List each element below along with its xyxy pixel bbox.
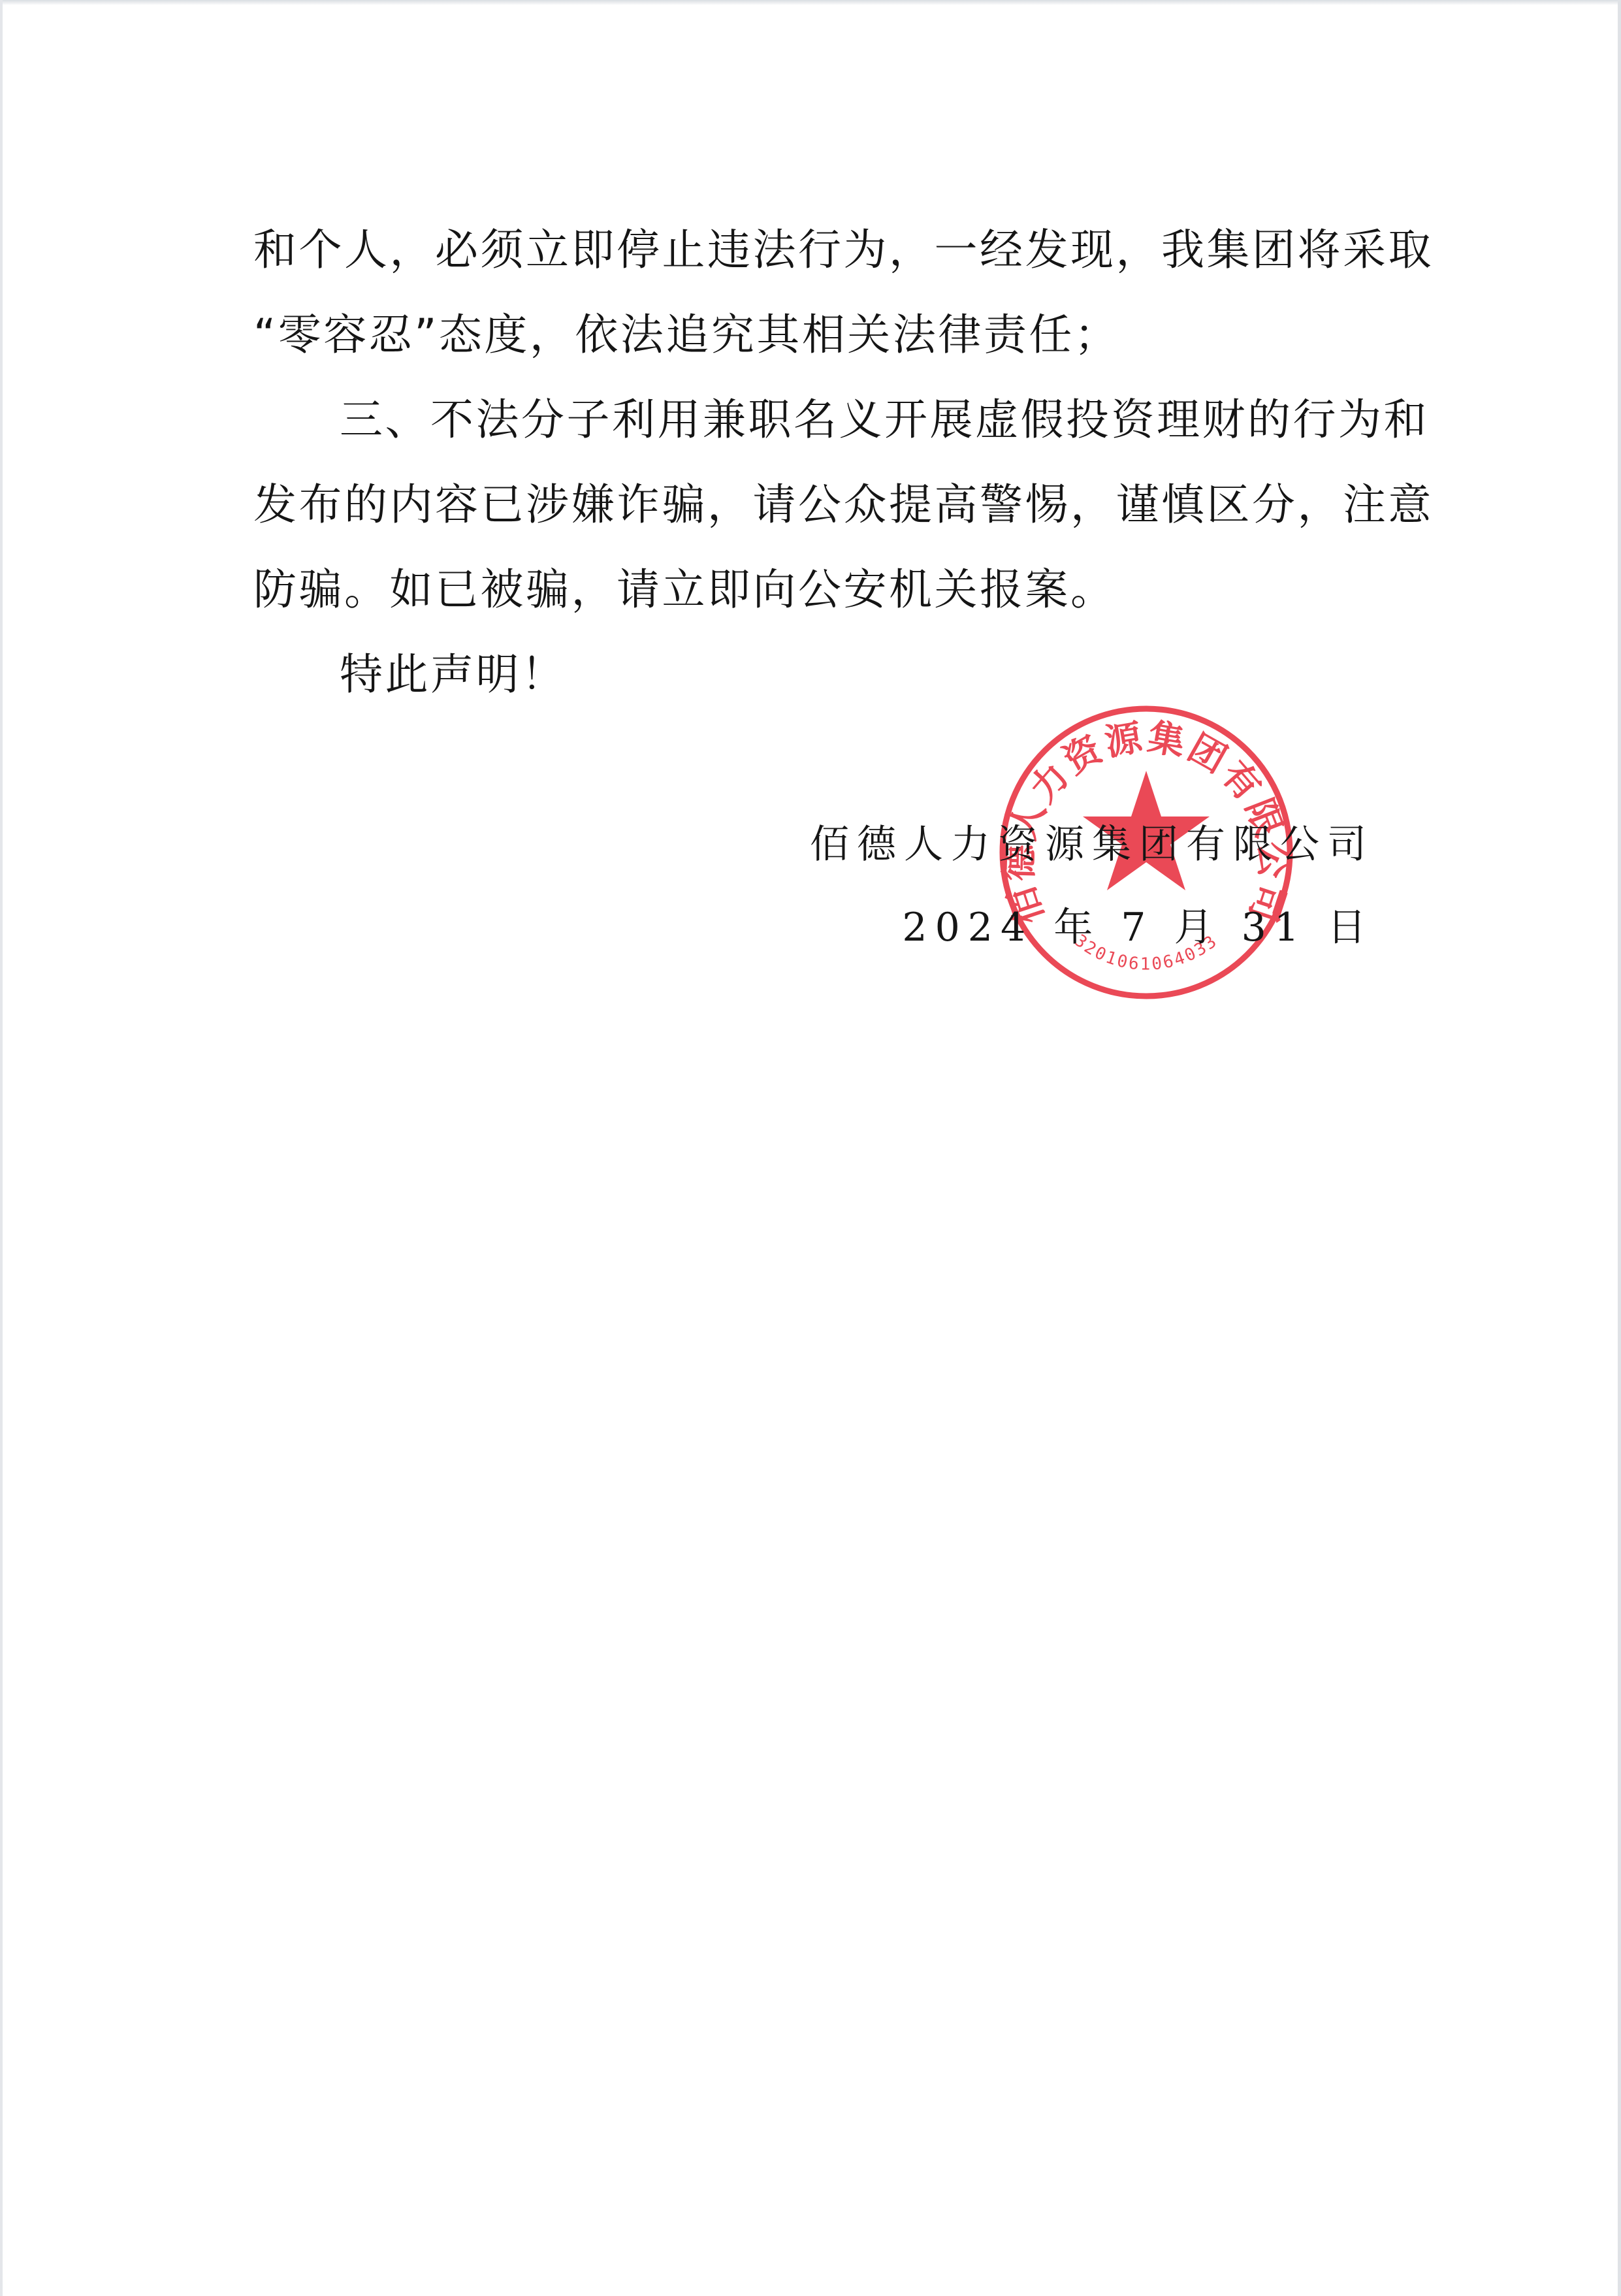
signature-company: 佰德人力资源集团有限公司 <box>810 813 1374 869</box>
scan-edge-left <box>0 0 3 2296</box>
signature-date: 2024 年 7 月 31 日 <box>902 896 1374 952</box>
scan-edge-right <box>1618 0 1621 2296</box>
paragraph-line: 和个人，必须立即停止违法行为，一经发现，我集团将采取 <box>253 208 1374 293</box>
paragraph-line: “零容忍”态度，依法追究其相关法律责任； <box>253 293 1374 378</box>
statement-body: 和个人，必须立即停止违法行为，一经发现，我集团将采取 “零容忍”态度，依法追究其… <box>253 208 1374 717</box>
scan-edge-top <box>0 0 1621 5</box>
paragraph-line: 防骗。如已被骗，请立即向公安机关报案。 <box>253 547 1374 632</box>
paragraph-line: 三、不法分子利用兼职名义开展虚假投资理财的行为和 <box>253 378 1374 462</box>
paragraph-line: 发布的内容已涉嫌诈骗，请公众提高警惕，谨慎区分，注意 <box>253 462 1374 547</box>
